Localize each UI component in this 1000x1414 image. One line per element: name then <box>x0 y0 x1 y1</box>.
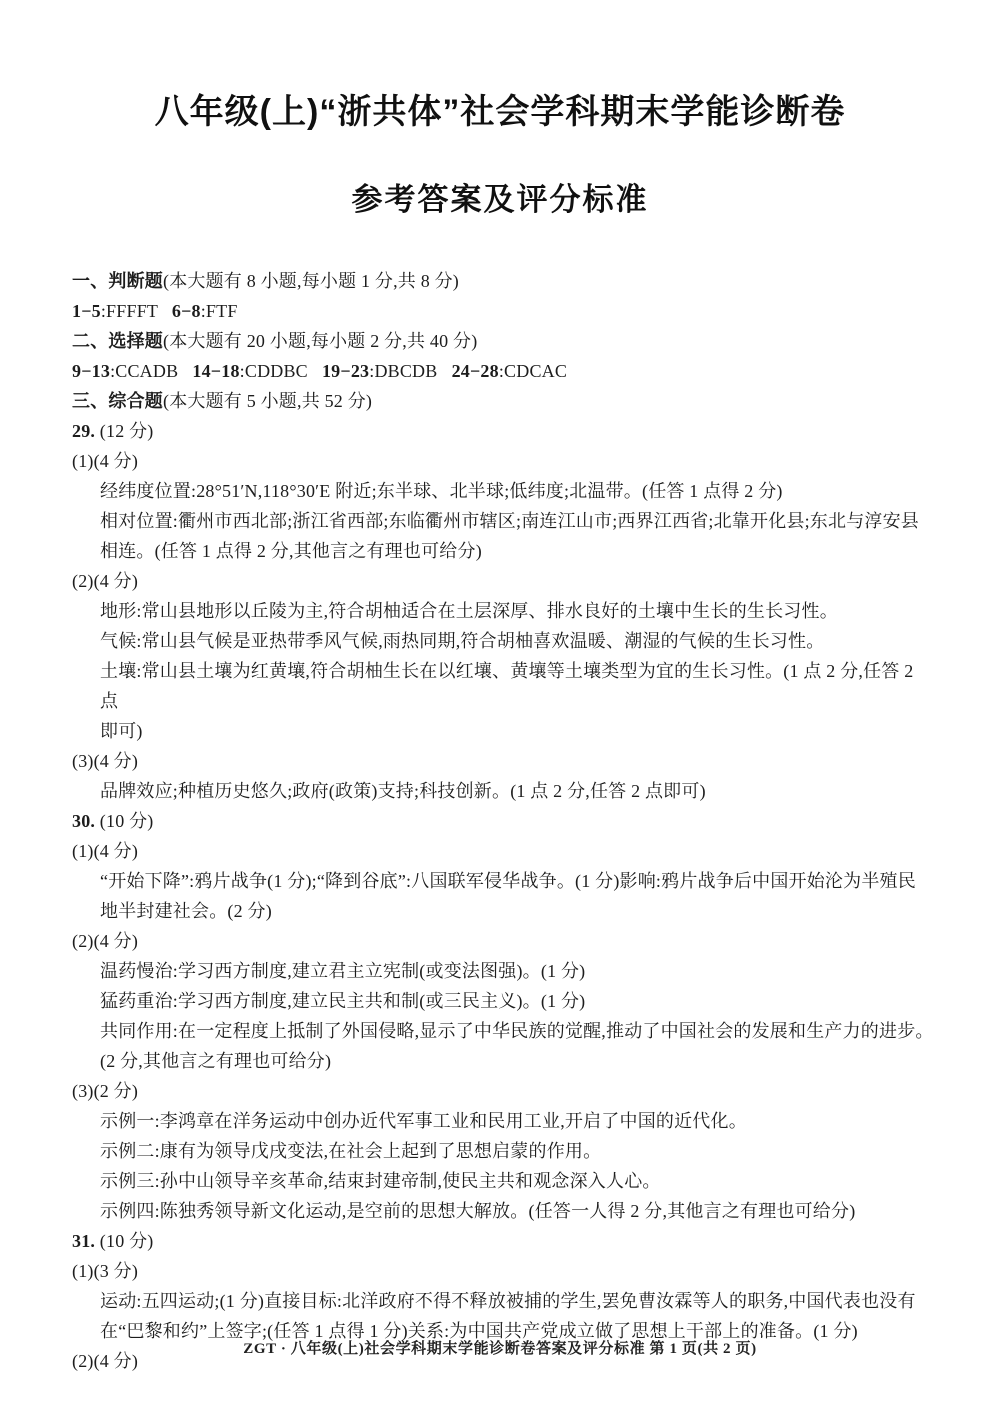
text-segment: 示例一:李鸿章在洋务运动中创办近代军事工业和民用工业,开启了中国的近代化。 <box>100 1111 747 1131</box>
text-line: (2)(4 分) <box>72 926 936 956</box>
text-line: 品牌效应;种植历史悠久;政府(政策)支持;科技创新。(1 点 2 分,任答 2 … <box>72 776 936 806</box>
text-segment: (10 分) <box>95 1231 153 1251</box>
text-segment: :FTF <box>201 301 238 321</box>
text-segment: 地半封建社会。(2 分) <box>100 901 272 921</box>
bold-text-segment: 19−23 <box>322 361 369 381</box>
text-segment: 共同作用:在一定程度上抵制了外国侵略,显示了中华民族的觉醒,推动了中国社会的发展… <box>100 1021 934 1041</box>
bold-text-segment: 1−5 <box>72 301 101 321</box>
text-line: 地半封建社会。(2 分) <box>72 896 936 926</box>
text-segment: :CDDBC <box>240 361 322 381</box>
document-body: 一、判断题(本大题有 8 小题,每小题 1 分,共 8 分)1−5:FFFFT … <box>72 266 936 1376</box>
text-line: 温药慢治:学习西方制度,建立君主立宪制(或变法图强)。(1 分) <box>72 956 936 986</box>
text-segment: (10 分) <box>95 811 153 831</box>
text-line: (1)(4 分) <box>72 446 936 476</box>
text-line: 30. (10 分) <box>72 806 936 836</box>
text-segment: 相对位置:衢州市西北部;浙江省西部;东临衢州市辖区;南连江山市;西界江西省;北靠… <box>100 511 919 531</box>
text-segment: (本大题有 20 小题,每小题 2 分,共 40 分) <box>163 331 477 351</box>
bold-text-segment: 24−28 <box>452 361 499 381</box>
text-line: 示例三:孙中山领导辛亥革命,结束封建帝制,使民主共和观念深入人心。 <box>72 1166 936 1196</box>
text-segment: (3)(2 分) <box>72 1081 138 1101</box>
bold-text-segment: 二、选择题 <box>72 331 163 351</box>
text-line: 1−5:FFFFT 6−8:FTF <box>72 296 936 326</box>
text-line: 一、判断题(本大题有 8 小题,每小题 1 分,共 8 分) <box>72 266 936 296</box>
text-line: 相连。(任答 1 点得 2 分,其他言之有理也可给分) <box>72 536 936 566</box>
text-line: 31. (10 分) <box>72 1226 936 1256</box>
text-segment: 经纬度位置:28°51′N,118°30′E 附近;东半球、北半球;低纬度;北温… <box>100 481 783 501</box>
bold-text-segment: 31. <box>72 1231 95 1251</box>
text-segment: 温药慢治:学习西方制度,建立君主立宪制(或变法图强)。(1 分) <box>100 961 585 981</box>
text-line: 运动:五四运动;(1 分)直接目标:北洋政府不得不释放被捕的学生,罢免曹汝霖等人… <box>72 1286 936 1316</box>
text-segment: (本大题有 8 小题,每小题 1 分,共 8 分) <box>163 271 459 291</box>
text-segment: (2)(4 分) <box>72 931 138 951</box>
text-line: 土壤:常山县土壤为红黄壤,符合胡柚生长在以红壤、黄壤等土壤类型为宜的生长习性。(… <box>72 656 936 716</box>
text-segment: (2)(4 分) <box>72 571 138 591</box>
text-segment: 示例二:康有为领导戊戌变法,在社会上起到了思想启蒙的作用。 <box>100 1141 601 1161</box>
text-segment: (12 分) <box>95 421 153 441</box>
text-segment: 地形:常山县地形以丘陵为主,符合胡柚适合在土层深厚、排水良好的土壤中生长的生长习… <box>100 601 838 621</box>
exam-title: 八年级(上)“浙共体”社会学科期末学能诊断卷 <box>0 84 1000 133</box>
text-line: 9−13:CCADB 14−18:CDDBC 19−23:DBCDB 24−28… <box>72 356 936 386</box>
text-line: 即可) <box>72 716 936 746</box>
text-segment: “开始下降”:鸦片战争(1 分);“降到谷底”:八国联军侵华战争。(1 分)影响… <box>100 871 916 891</box>
bold-text-segment: 29. <box>72 421 95 441</box>
text-line: 示例一:李鸿章在洋务运动中创办近代军事工业和民用工业,开启了中国的近代化。 <box>72 1106 936 1136</box>
text-line: 共同作用:在一定程度上抵制了外国侵略,显示了中华民族的觉醒,推动了中国社会的发展… <box>72 1016 936 1046</box>
text-segment: 运动:五四运动;(1 分)直接目标:北洋政府不得不释放被捕的学生,罢免曹汝霖等人… <box>100 1291 916 1311</box>
text-segment: (1)(3 分) <box>72 1261 138 1281</box>
text-segment: :CDCAC <box>499 361 567 381</box>
text-line: “开始下降”:鸦片战争(1 分);“降到谷底”:八国联军侵华战争。(1 分)影响… <box>72 866 936 896</box>
bold-text-segment: 一、判断题 <box>72 271 163 291</box>
bold-text-segment: 30. <box>72 811 95 831</box>
page-footer: ZGT · 八年级(上)社会学科期末学能诊断卷答案及评分标准 第 1 页(共 2… <box>0 1337 1000 1358</box>
text-segment: 猛药重治:学习西方制度,建立民主共和制(或三民主义)。(1 分) <box>100 991 585 1011</box>
bold-text-segment: 9−13 <box>72 361 110 381</box>
text-line: (2)(4 分) <box>72 566 936 596</box>
text-line: 示例二:康有为领导戊戌变法,在社会上起到了思想启蒙的作用。 <box>72 1136 936 1166</box>
text-line: 29. (12 分) <box>72 416 936 446</box>
text-segment: (2 分,其他言之有理也可给分) <box>100 1051 331 1071</box>
text-line: 经纬度位置:28°51′N,118°30′E 附近;东半球、北半球;低纬度;北温… <box>72 476 936 506</box>
bold-text-segment: 三、综合题 <box>72 391 163 411</box>
text-segment: 品牌效应;种植历史悠久;政府(政策)支持;科技创新。(1 点 2 分,任答 2 … <box>100 781 706 801</box>
bold-text-segment: 6−8 <box>172 301 201 321</box>
text-line: 相对位置:衢州市西北部;浙江省西部;东临衢州市辖区;南连江山市;西界江西省;北靠… <box>72 506 936 536</box>
text-segment: :CCADB <box>110 361 192 381</box>
text-line: (1)(3 分) <box>72 1256 936 1286</box>
text-line: 猛药重治:学习西方制度,建立民主共和制(或三民主义)。(1 分) <box>72 986 936 1016</box>
text-segment: 土壤:常山县土壤为红黄壤,符合胡柚生长在以红壤、黄壤等土壤类型为宜的生长习性。(… <box>100 661 918 711</box>
text-segment: 即可) <box>100 721 143 741</box>
text-segment: :FFFFT <box>101 301 172 321</box>
bold-text-segment: 14−18 <box>192 361 239 381</box>
text-segment: (3)(4 分) <box>72 751 138 771</box>
text-segment: 示例三:孙中山领导辛亥革命,结束封建帝制,使民主共和观念深入人心。 <box>100 1171 661 1191</box>
answers-heading: 参考答案及评分标准 <box>0 174 1000 219</box>
text-line: 气候:常山县气候是亚热带季风气候,雨热同期,符合胡柚喜欢温暖、潮湿的气候的生长习… <box>72 626 936 656</box>
text-line: (1)(4 分) <box>72 836 936 866</box>
text-segment: (1)(4 分) <box>72 841 138 861</box>
text-segment: 气候:常山县气候是亚热带季风气候,雨热同期,符合胡柚喜欢温暖、潮湿的气候的生长习… <box>100 631 824 651</box>
text-line: (3)(2 分) <box>72 1076 936 1106</box>
text-line: 地形:常山县地形以丘陵为主,符合胡柚适合在土层深厚、排水良好的土壤中生长的生长习… <box>72 596 936 626</box>
text-segment: (本大题有 5 小题,共 52 分) <box>163 391 372 411</box>
text-segment: (1)(4 分) <box>72 451 138 471</box>
text-segment: 相连。(任答 1 点得 2 分,其他言之有理也可给分) <box>100 541 482 561</box>
text-segment: 示例四:陈独秀领导新文化运动,是空前的思想大解放。(任答一人得 2 分,其他言之… <box>100 1201 855 1221</box>
text-line: 二、选择题(本大题有 20 小题,每小题 2 分,共 40 分) <box>72 326 936 356</box>
text-line: 示例四:陈独秀领导新文化运动,是空前的思想大解放。(任答一人得 2 分,其他言之… <box>72 1196 936 1226</box>
text-segment: :DBCDB <box>369 361 451 381</box>
answer-sheet-page: 八年级(上)“浙共体”社会学科期末学能诊断卷 参考答案及评分标准 一、判断题(本… <box>0 0 1000 1414</box>
text-line: 三、综合题(本大题有 5 小题,共 52 分) <box>72 386 936 416</box>
text-line: (3)(4 分) <box>72 746 936 776</box>
text-line: (2 分,其他言之有理也可给分) <box>72 1046 936 1076</box>
